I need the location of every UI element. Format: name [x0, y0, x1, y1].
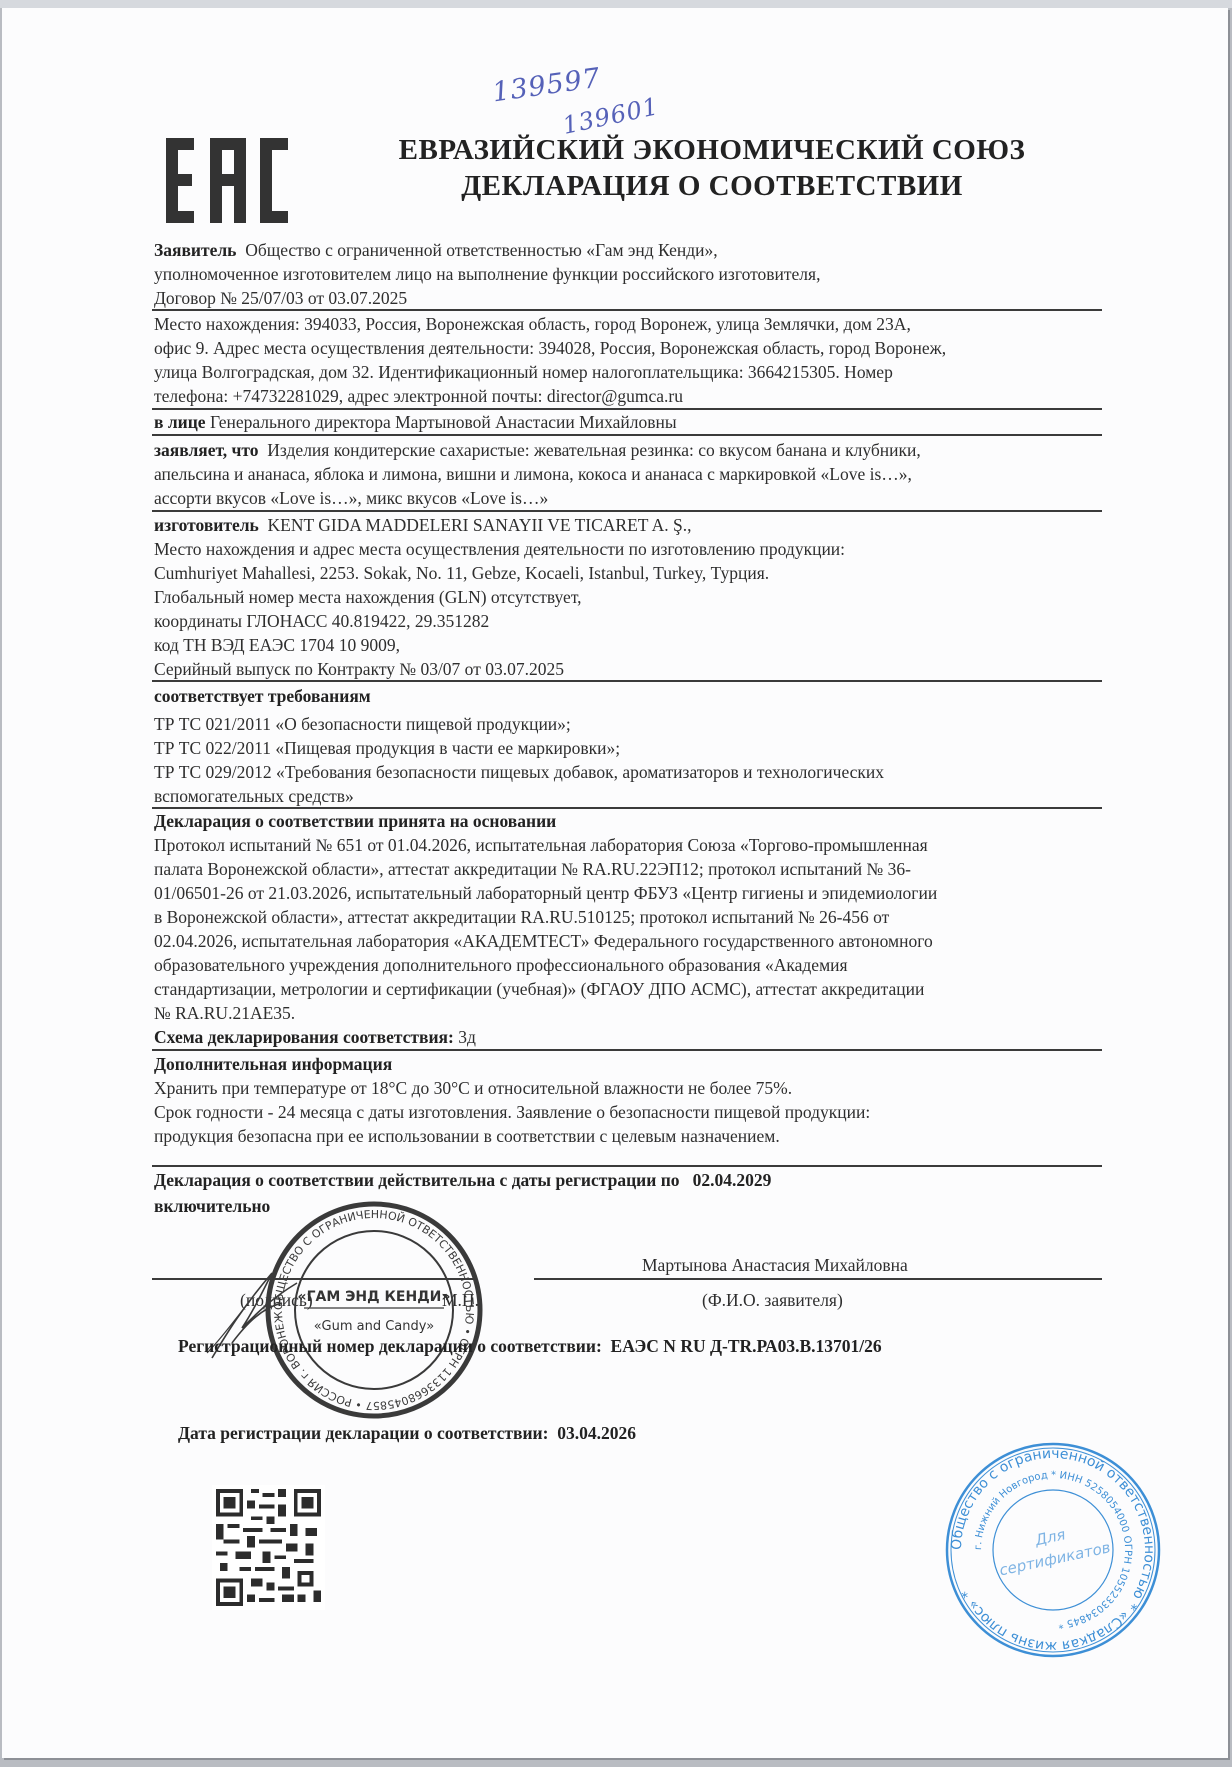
handwritten-number-2: 139601: [560, 92, 661, 140]
divider: [152, 309, 1102, 311]
eac-logo: [166, 138, 290, 223]
basis-line: 02.04.2026, испытательная лаборатория «А…: [154, 929, 933, 953]
basis-line: палата Воронежской области», аттестат ак…: [154, 857, 911, 881]
declaration-title: ДЕКЛАРАЦИЯ О СООТВЕТСТВИИ: [372, 170, 1052, 203]
scheme-line: Схема декларирования соответствия: 3д: [154, 1025, 476, 1049]
represented-by: в лице Генерального директора Мартыновой…: [154, 410, 677, 434]
manufacturer-line-3: Глобальный номер места нахождения (GLN) …: [154, 585, 582, 609]
basis-line: в Воронежской области», аттестат аккреди…: [154, 905, 889, 929]
registration-date-label: Дата регистрации декларации о соответств…: [178, 1423, 548, 1443]
eac-logo-letter-a-icon: [210, 138, 246, 223]
signatory-name: Мартынова Анастасия Михайловна: [642, 1253, 908, 1277]
scheme-label: Схема декларирования соответствия:: [154, 1027, 454, 1047]
signatory-name-caption: (Ф.И.О. заявителя): [702, 1288, 843, 1312]
company-seal-icon: ОБЩЕСТВО С ОГРАНИЧЕННОЙ ОТВЕТСТВЕННОСТЬЮ…: [264, 1198, 484, 1423]
manufacturer-name: KENT GIDA MADDELERI SANAYII VE TICARET A…: [268, 515, 692, 535]
additional-info-line: Хранить при температуре от 18°С до 30°С …: [154, 1076, 792, 1100]
manufacturer-line: изготовитель KENT GIDA MADDELERI SANAYII…: [154, 513, 691, 537]
scan-edge-top: [0, 0, 1232, 8]
address-line-2: офис 9. Адрес места осуществления деятел…: [154, 336, 946, 360]
divider: [152, 1049, 1102, 1051]
manufacturer-line-1: Место нахождения и адрес места осуществл…: [154, 537, 845, 561]
manufacturer-label: изготовитель: [154, 515, 259, 535]
represented-by-text: Генерального директора Мартыновой Анаста…: [210, 412, 677, 432]
validity-suffix: включительно: [154, 1194, 270, 1218]
basis-label: Декларация о соответствии принята на осн…: [154, 809, 556, 833]
address-line-3: улица Волгоградская, дом 32. Идентификац…: [154, 360, 893, 384]
registration-number-label: Регистрационный номер декларации о соотв…: [178, 1336, 602, 1356]
validity-line: Декларация о соответствии действительна …: [154, 1168, 771, 1192]
basis-line: стандартизации, метрологии и сертификаци…: [154, 977, 924, 1001]
manufacturer-line-2: Cumhuriyet Mahallesi, 2253. Sokak, No. 1…: [154, 561, 769, 585]
requirement-item: вспомогательных средств»: [154, 784, 354, 808]
requirement-item: ТР ТС 029/2012 «Требования безопасности …: [154, 760, 884, 784]
address-line-4: телефона: +74732281029, адрес электронно…: [154, 384, 683, 408]
product-description: Изделия кондитерские сахаристые: жевател…: [267, 440, 920, 460]
basis-line: 01/06501-26 от 21.03.2026, испытательный…: [154, 881, 937, 905]
qr-code-icon[interactable]: [212, 1485, 325, 1610]
declares-line-1: заявляет, что Изделия кондитерские сахар…: [154, 438, 921, 462]
handwritten-number-1: 139597: [490, 63, 602, 109]
requirement-item: ТР ТС 022/2011 «Пищевая продукция в част…: [154, 736, 620, 760]
manufacturer-line-4: координаты ГЛОНАСС 40.819422, 29.351282: [154, 609, 489, 633]
applicant-contract: Договор № 25/07/03 от 03.07.2025: [154, 286, 407, 310]
validity-label: Декларация о соответствии действительна …: [154, 1170, 680, 1190]
declaration-page: 139597 139601 ЕВРАЗИЙСКИЙ ЭКОНОМИЧЕСКИЙ …: [2, 8, 1228, 1758]
registration-number-line: Регистрационный номер декларации о соотв…: [178, 1334, 882, 1358]
requirement-item: ТР ТС 021/2011 «О безопасности пищевой п…: [154, 712, 571, 736]
registration-date-line: Дата регистрации декларации о соответств…: [178, 1421, 636, 1445]
manufacturer-line-6: Серийный выпуск по Контракту № 03/07 от …: [154, 657, 564, 681]
additional-info-line: продукция безопасна при ее использовании…: [154, 1124, 780, 1148]
eac-logo-letter-c-icon: [260, 138, 290, 223]
registration-date: 03.04.2026: [557, 1423, 636, 1443]
applicant-line-2: уполномоченное изготовителем лицо на вып…: [154, 262, 820, 286]
applicant-name: Общество с ограниченной ответственностью…: [245, 240, 717, 260]
applicant-line-1: Заявитель Общество с ограниченной ответс…: [154, 238, 718, 262]
divider: [152, 510, 1102, 512]
requirements-label: соответствует требованиям: [154, 684, 371, 708]
declares-label: заявляет, что: [154, 440, 259, 460]
scheme-value: 3д: [458, 1027, 476, 1047]
applicant-label: Заявитель: [154, 240, 236, 260]
divider: [152, 434, 1102, 436]
certificates-seal-icon: Общество с ограниченной ответственностью…: [937, 1440, 1169, 1660]
basis-line: образовательного учреждения дополнительн…: [154, 953, 848, 977]
basis-line: № RA.RU.21АЕ35.: [154, 1001, 295, 1025]
registration-number: ЕАЭС N RU Д-TR.РА03.В.13701/26: [611, 1336, 882, 1356]
certificates-seal-center-1: Для: [1033, 1525, 1067, 1549]
represented-by-label: в лице: [154, 412, 206, 432]
declares-line-2: апельсина и ананаса, яблока и лимона, ви…: [154, 462, 912, 486]
company-seal-center-en: «Gum and Candy»: [314, 1319, 434, 1334]
validity-date: 02.04.2029: [693, 1170, 772, 1190]
additional-info-label: Дополнительная информация: [154, 1052, 392, 1076]
company-seal-center-ru: «ГАМ ЭНД КЕНДИ»: [298, 1289, 451, 1305]
divider: [152, 1165, 1102, 1167]
basis-line: Протокол испытаний № 651 от 01.04.2026, …: [154, 833, 928, 857]
address-line-1: Место нахождения: 394033, Россия, Вороне…: [154, 312, 911, 336]
declares-line-3: ассорти вкусов «Love is…», микс вкусов «…: [154, 486, 548, 510]
additional-info-line: Срок годности - 24 месяца с даты изготов…: [154, 1100, 870, 1124]
eac-logo-letter-e-icon: [166, 138, 196, 223]
union-title: ЕВРАЗИЙСКИЙ ЭКОНОМИЧЕСКИЙ СОЮЗ: [372, 134, 1052, 167]
divider: [152, 680, 1102, 682]
name-line: [534, 1278, 1102, 1280]
manufacturer-line-5: код ТН ВЭД ЕАЭС 1704 10 9009,: [154, 633, 400, 657]
